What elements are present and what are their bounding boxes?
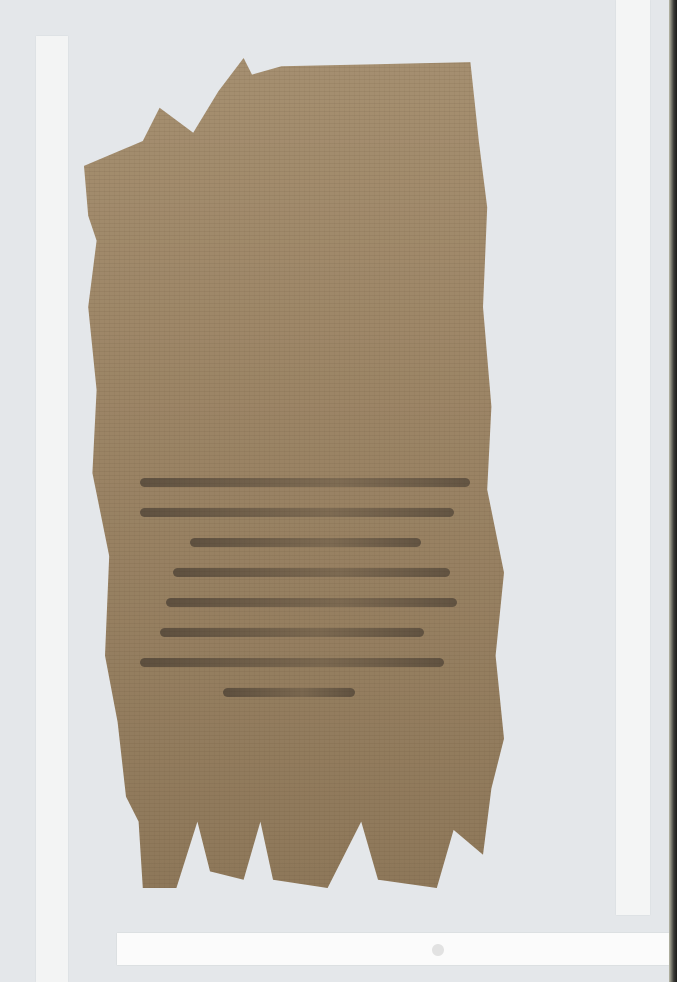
mount-strip-left xyxy=(36,36,68,982)
mount-strip-bottom xyxy=(117,933,669,965)
ink-line xyxy=(160,628,424,637)
ink-line xyxy=(140,508,454,517)
ink-line xyxy=(223,688,355,697)
frame-edge xyxy=(669,0,677,982)
ink-line xyxy=(173,568,450,577)
ink-line xyxy=(140,658,444,667)
papyrus-fragment xyxy=(84,58,504,888)
ink-line xyxy=(190,538,421,547)
ink-line xyxy=(140,478,470,487)
ink-line xyxy=(166,598,456,607)
handwritten-text-block xyxy=(140,478,470,718)
strip-mark xyxy=(432,944,444,956)
mount-strip-right xyxy=(616,0,650,915)
